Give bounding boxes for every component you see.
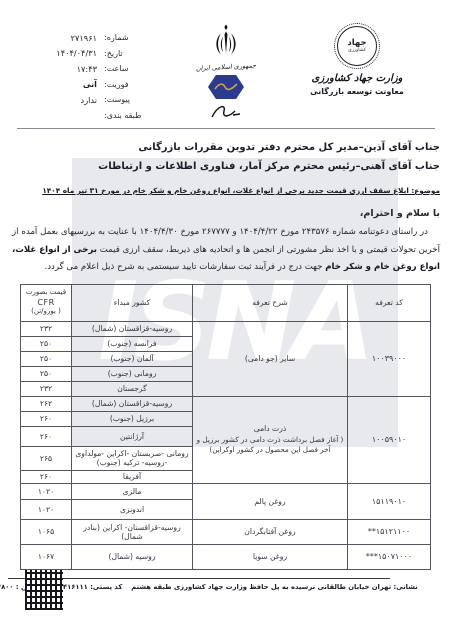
desc-cell-g2: روغن پالم (193, 483, 348, 519)
price-cell: ۲۶۰ (21, 470, 72, 483)
price-cell: ۱۰۶۷ (21, 544, 72, 569)
qr-code (25, 570, 63, 610)
meta-label-attachment: پیوست: (104, 95, 148, 104)
republic-title: جمهوری اسلامی ایران (171, 60, 281, 74)
origin-cell: آلمان (جنوب) (72, 351, 193, 366)
code-cell-g4: ***۱۵۰۷۱۰۰۰ (348, 544, 431, 569)
origin-cell: آرژانتین (72, 426, 193, 446)
meta-label-date: تاریخ: (104, 49, 148, 58)
table-row: ***۱۵۰۷۱۰۰۰ روغن سویا روسیه (شمال) ۱۰۶۷ (21, 544, 431, 569)
meta-value-attachment: ندارد (81, 95, 97, 105)
price-cell: ۱۰۶۵ (21, 519, 72, 544)
price-cell: ۲۶۰ (21, 426, 72, 446)
meta-label-classification: طبقه بندی: (104, 111, 148, 120)
code-cell-g2: ۱۵۱۱۹۰۱۰ (348, 483, 431, 519)
meta-row-number: شماره: ۲۷۱۹۶۱ (18, 30, 148, 46)
table-header-row: کد تعرفه شرح تعرفه کشور مبداء قیمت بصورت… (21, 284, 431, 321)
origin-cell: برزیل (جنوب) (72, 411, 193, 426)
meta-row-time: ساعت: ۱۷:۴۳ (18, 61, 148, 77)
national-emblem-block: جمهوری اسلامی ایران (171, 24, 281, 123)
origin-cell: روسیه-قزاقستان (شمال) (72, 321, 193, 336)
meta-row-urgency: فوریت: آنی (18, 77, 148, 93)
origin-cell: روسیه (شمال) (72, 544, 193, 569)
price-cell: ۲۵۰ (21, 351, 72, 366)
desc-cell-g3: روغن آفتابگردان (193, 519, 348, 544)
meta-label-time: ساعت: (104, 64, 148, 73)
footer-text: نشانی: تهران خیابان طالقانی نرسیده به پل… (8, 583, 390, 591)
header-description: شرح تعرفه (193, 284, 348, 321)
meta-row-classification: طبقه بندی: (18, 108, 148, 124)
letter-meta-block: شماره: ۲۷۱۹۶۱ تاریخ: ۱۴۰۴/۰۴/۳۱ ساعت: ۱۷… (18, 30, 148, 123)
header-price-line2: CFR (23, 298, 69, 308)
department-name: معاونت توسعه بازرگانی (292, 87, 422, 96)
header-price-line3: ( یورو/تن) (23, 307, 69, 317)
origin-cell: اندونزی (72, 499, 193, 519)
ministry-block: جهاد کشاورزی وزارت جهاد کشاورزی معاونت ت… (292, 26, 422, 96)
stamp-main-text: جهاد (347, 39, 366, 48)
table-row: ۱۵۱۱۹۰۱۰ روغن پالم مالزی ۱۰۲۰ (21, 483, 431, 499)
body-part2: جهت درج در فرآیند ثبت سفارشات تایید سیست… (44, 262, 325, 272)
desc-cell-g4: روغن سویا (193, 544, 348, 569)
desc-text: ذرت دامی (254, 424, 287, 433)
header-code: کد تعرفه (348, 284, 431, 321)
origin-cell: فرانسه (جنوب) (72, 336, 193, 351)
origin-cell: رومانی (جنوب) (72, 366, 193, 381)
header-divider (17, 128, 435, 129)
meta-value-number: ۲۷۱۹۶۱ (71, 33, 97, 43)
code-cell-g3: **۱۵۱۲۱۱۰۰ (348, 519, 431, 544)
price-cell: ۲۵۰ (21, 366, 72, 381)
origin-cell: آفریقا (72, 470, 193, 483)
table-row: ۱۰۰۳۹۰۰۰ سایر (جو دامی) روسیه-قزاقستان (… (21, 321, 431, 336)
meta-value-date: ۱۴۰۴/۰۴/۳۱ (56, 48, 97, 58)
council-logo (208, 75, 244, 99)
meta-label-urgency: فوریت: (104, 80, 148, 89)
price-cell: ۲۳۲ (21, 381, 72, 396)
price-cell: ۲۶۵ (21, 446, 72, 470)
stamp-sub-text: کشاورزی (348, 48, 366, 54)
code-cell-g1: ۱۰۰۵۹۰۱۰ (348, 396, 431, 483)
recipient-line-2: جناب آقای آهنی–رئیس محترم مرکز آمار، فنا… (12, 157, 440, 176)
header-price: قیمت بصورت CFR ( یورو/تن) (21, 284, 72, 321)
subject-line: موضوع: ابلاغ سقف ارزی قیمت جدید برخی از … (12, 186, 440, 195)
signature-calligraphy (209, 101, 243, 123)
footer-address: نشانی: تهران خیابان طالقانی نرسیده به پل… (131, 583, 417, 591)
meta-row-attachment: پیوست: ندارد (18, 92, 148, 108)
ministry-name: وزارت جهاد کشاورزی (292, 73, 422, 84)
council-logo-calligraphy (213, 80, 239, 94)
price-cell: ۱۰۲۰ (21, 499, 72, 519)
letter-body: جناب آقای آذین–مدیر کل محترم دفتر تدوین … (12, 132, 440, 570)
desc-cell-g0: سایر (جو دامی) (193, 321, 348, 396)
greeting-line: با سلام و احترام، (12, 208, 440, 219)
official-letter-page: ISNA شماره: ۲۷۱۹۶۱ تاریخ: ۱۴۰۴/۰۴/۳۱ ساع… (0, 0, 452, 640)
origin-cell: مالزی (72, 483, 193, 499)
table-row: ۱۰۰۵۹۰۱۰ ذرت دامی( آغاز فصل برداشت ذرت د… (21, 396, 431, 411)
jahad-keshavarzi-stamp-icon: جهاد کشاورزی (337, 26, 377, 66)
price-cell: ۲۶۰ (21, 411, 72, 426)
header-price-line1: قیمت بصورت (23, 288, 69, 298)
origin-cell: گرجستان (72, 381, 193, 396)
desc-note: ( آغاز فصل برداشت ذرت دامی در کشور برزیل… (195, 435, 345, 456)
body-paragraph: در راستای دعوتنامه شماره ۲۴۳۵۷۶ مورخ ۱۴۰… (12, 224, 440, 277)
tariff-table: کد تعرفه شرح تعرفه کشور مبداء قیمت بصورت… (20, 284, 431, 570)
desc-cell-g1: ذرت دامی( آغاز فصل برداشت ذرت دامی در کش… (193, 396, 348, 483)
price-cell: ۲۵۰ (21, 336, 72, 351)
meta-label-number: شماره: (104, 33, 148, 42)
table-row: **۱۵۱۲۱۱۰۰ روغن آفتابگردان روسیه-قزاقستا… (21, 519, 431, 544)
recipient-line-1: جناب آقای آذین–مدیر کل محترم دفتر تدوین … (12, 138, 440, 157)
iran-emblem-icon (211, 24, 241, 58)
price-cell: ۱۰۲۰ (21, 483, 72, 499)
origin-cell: روسیه-قزاقستان (شمال) (72, 396, 193, 411)
origin-cell: روسیه-قزاقستان- اکراین (بنادر شمال) (72, 519, 193, 544)
code-cell-g0: ۱۰۰۳۹۰۰۰ (348, 321, 431, 396)
header-origin: کشور مبداء (72, 284, 193, 321)
meta-row-date: تاریخ: ۱۴۰۴/۰۴/۳۱ (18, 46, 148, 62)
price-cell: ۲۳۲ (21, 321, 72, 336)
origin-cell: رومانی -صربستان -اکراین -مولداوی -روسیه-… (72, 446, 193, 470)
price-cell: ۲۶۲ (21, 396, 72, 411)
meta-value-urgency: آنی (83, 79, 97, 89)
footer-divider (8, 578, 390, 579)
meta-value-time: ۱۷:۴۳ (77, 64, 97, 74)
